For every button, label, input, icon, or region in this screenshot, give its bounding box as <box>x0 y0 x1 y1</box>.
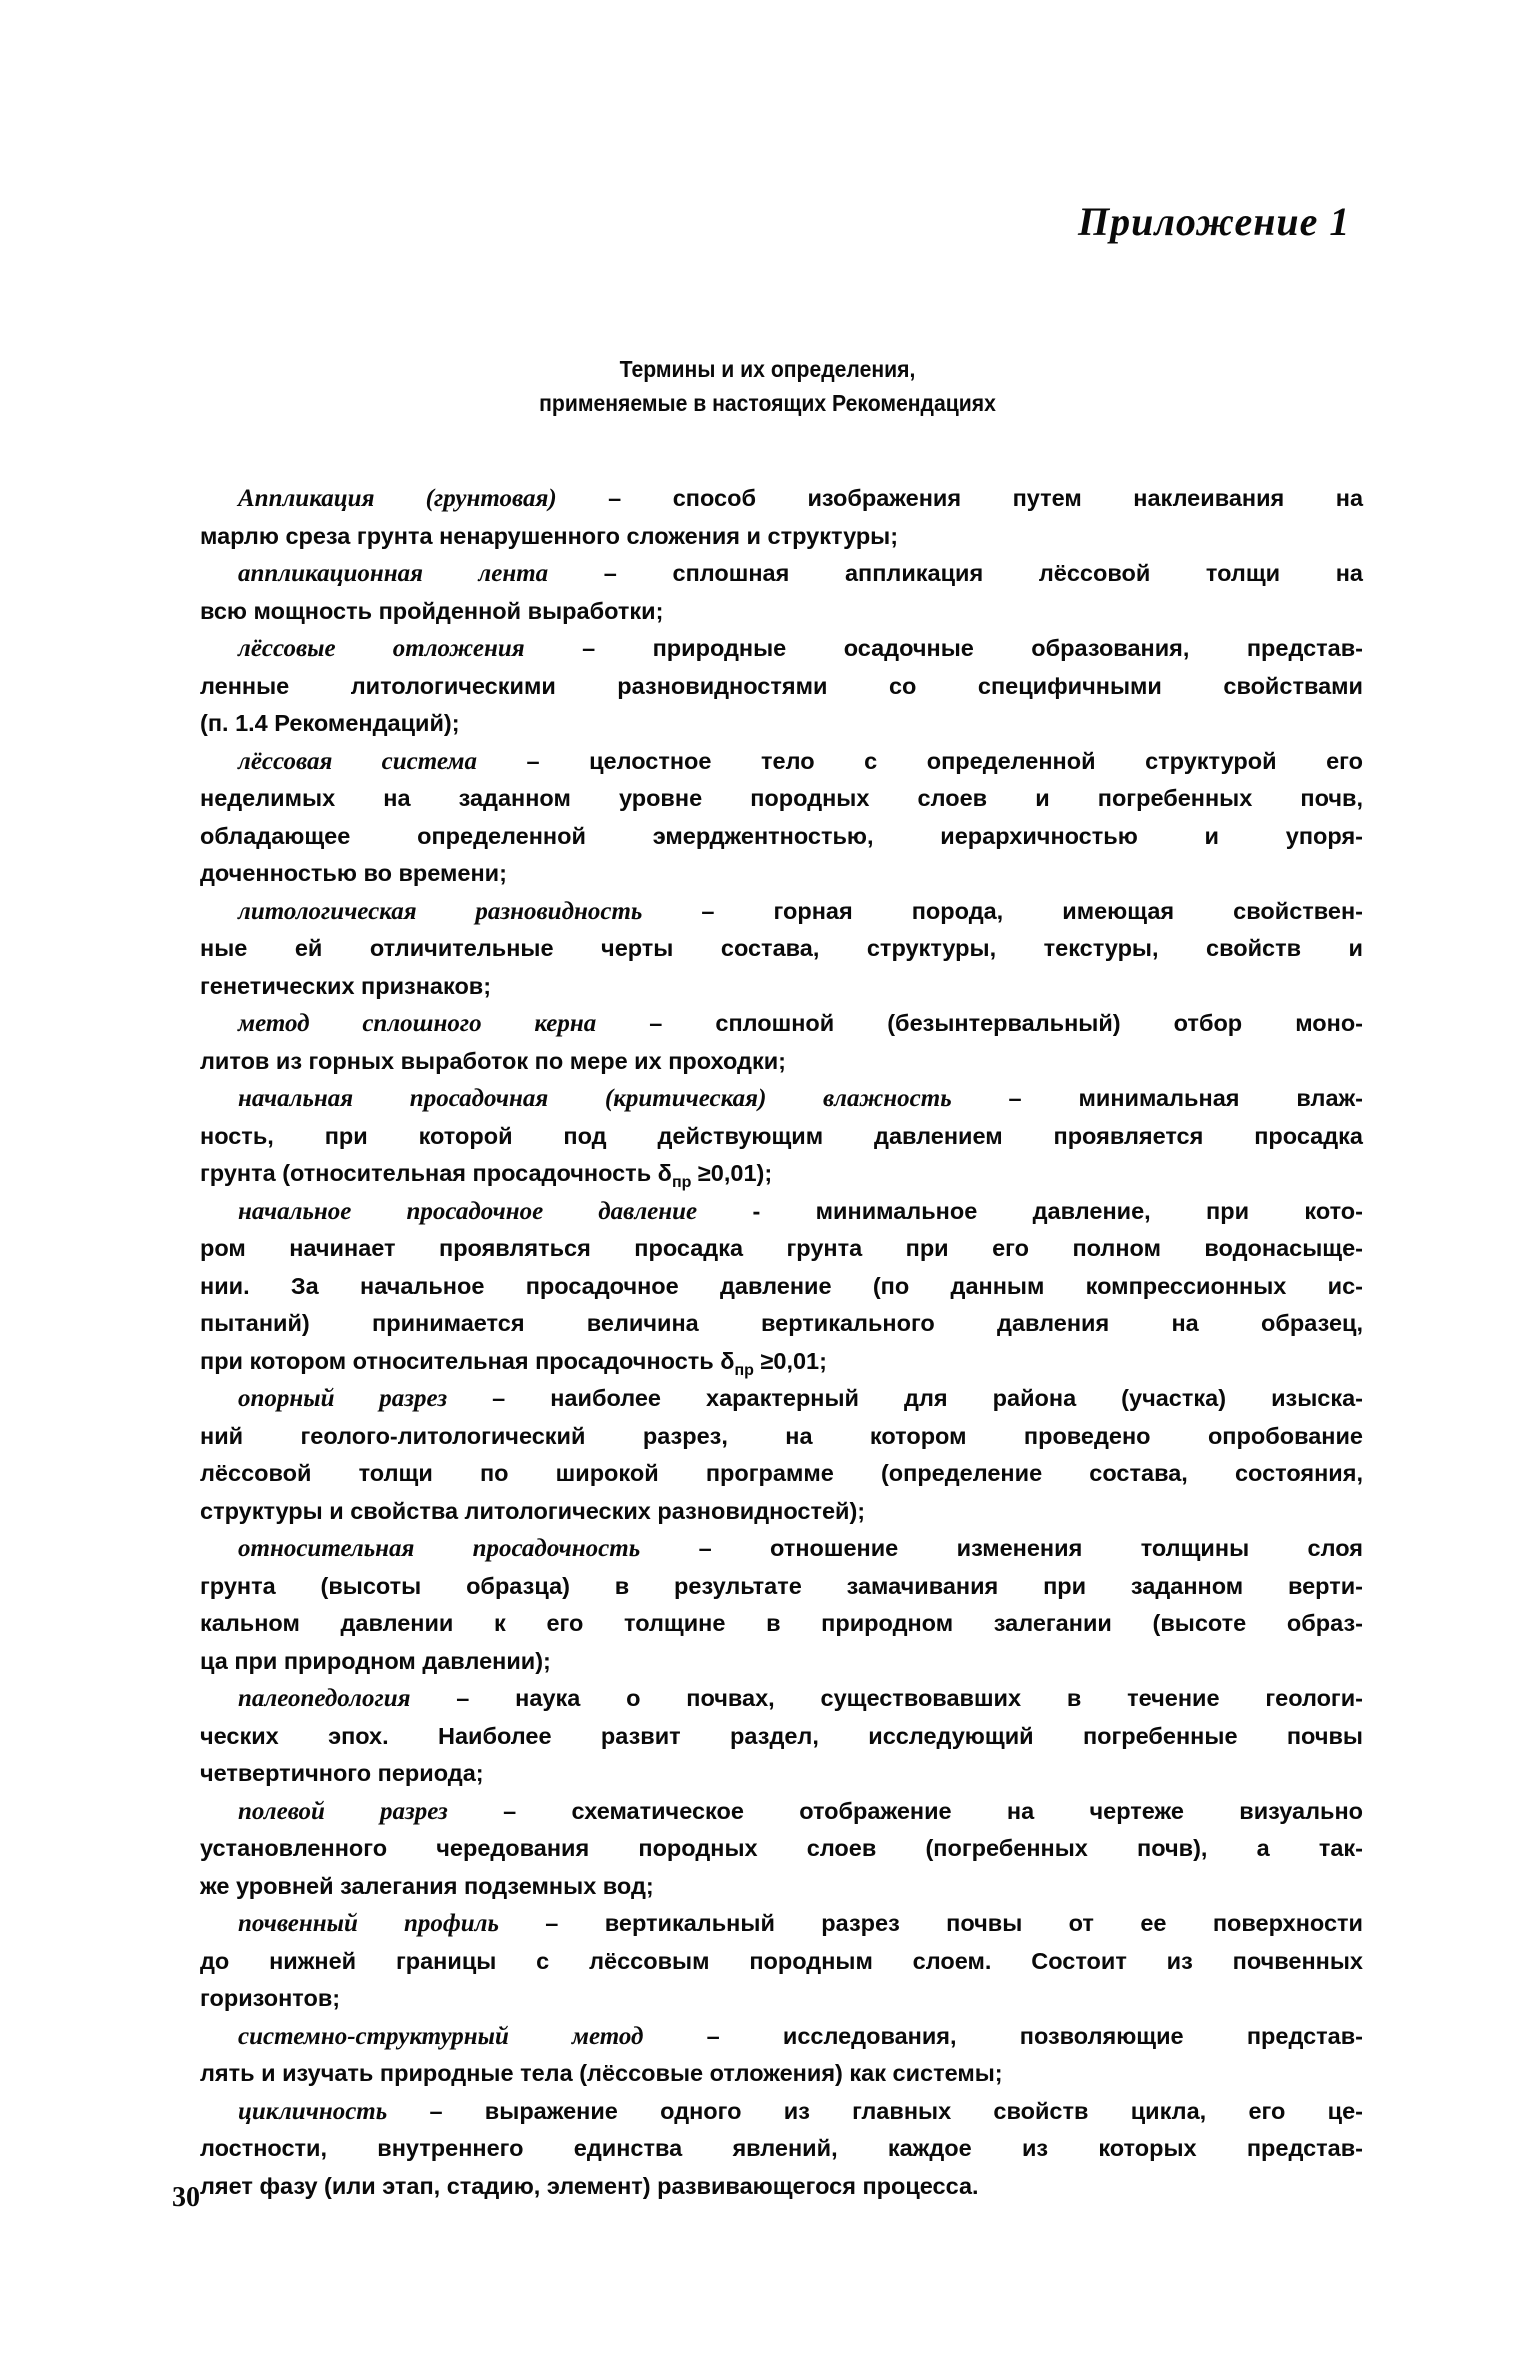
definition-line: же уровней залегания подземных вод; <box>200 1868 1363 1906</box>
definition-line: ца при природном давлении); <box>200 1643 1363 1681</box>
definition-text: – отношение изменения толщины слоя <box>640 1535 1363 1561</box>
title-line-1: Термины и их определения, <box>61 352 1473 386</box>
definition-line: метод сплошного керна – сплошной (безынт… <box>200 1005 1363 1043</box>
definition-line: ческих эпох. Наиболее развит раздел, исс… <box>200 1718 1363 1756</box>
definition-line: лёссовые отложения – природные осадочные… <box>200 630 1363 668</box>
definition-line: начальное просадочное давление - минимал… <box>200 1193 1363 1231</box>
definition-line: (п. 1.4 Рекомендаций); <box>200 705 1363 743</box>
definition-text: грунта (относительная просадочность δпр … <box>200 1160 772 1186</box>
definition-entry: почвенный профиль – вертикальный разрез … <box>200 1905 1363 2018</box>
definition-line: неделимых на заданном уровне породных сл… <box>200 780 1363 818</box>
definition-line: горизонтов; <box>200 1980 1363 2018</box>
definition-line: лять и изучать природные тела (лёссовые … <box>200 2055 1363 2093</box>
definition-text: ные ей отличительные черты состава, стру… <box>200 935 1363 961</box>
definition-line: пытаний) принимается величина вертикальн… <box>200 1305 1363 1343</box>
definition-text: ность, при которой под действующим давле… <box>200 1123 1363 1149</box>
definition-term: опорный разрез <box>238 1385 447 1412</box>
definition-text: – минимальная влаж- <box>952 1085 1363 1111</box>
definition-line: относительная просадочность – отношение … <box>200 1530 1363 1568</box>
definition-line: доченностью во времени; <box>200 855 1363 893</box>
definition-text: структуры и свойства литологических разн… <box>200 1498 865 1524</box>
definition-text: – исследования, позволяющие представ- <box>643 2023 1363 2049</box>
definition-text: лостности, внутреннего единства явлений,… <box>200 2135 1363 2161</box>
definition-text: лёссовой толщи по широкой программе (опр… <box>200 1460 1363 1486</box>
definition-text: всю мощность пройденной выработки; <box>200 598 663 624</box>
definition-text: – наука о почвах, существовавших в течен… <box>411 1685 1364 1711</box>
definition-line: литов из горных выработок по мере их про… <box>200 1043 1363 1081</box>
definition-text: – выражение одного из главных свойств ци… <box>387 2098 1363 2124</box>
definition-entry: Аппликация (грунтовая) – способ изображе… <box>200 480 1363 555</box>
definition-text: литов из горных выработок по мере их про… <box>200 1048 786 1074</box>
definition-text: ческих эпох. Наиболее развит раздел, исс… <box>200 1723 1363 1749</box>
title-line-2: применяемые в настоящих Рекомендациях <box>61 386 1473 420</box>
definition-line: лостности, внутреннего единства явлений,… <box>200 2130 1363 2168</box>
definition-text: до нижней границы с лёссовым породным сл… <box>200 1948 1363 1974</box>
definition-entry: лёссовая система – целостное тело с опре… <box>200 743 1363 893</box>
definition-text: нии. За начальное просадочное давление (… <box>200 1273 1363 1299</box>
definition-line: структуры и свойства литологических разн… <box>200 1493 1363 1531</box>
section-title: Термины и их определения, применяемые в … <box>61 352 1473 420</box>
definition-entry: системно-структурный метод – исследовани… <box>200 2018 1363 2093</box>
definition-line: ляет фазу (или этап, стадию, элемент) ра… <box>200 2168 1363 2206</box>
definition-line: ные ей отличительные черты состава, стру… <box>200 930 1363 968</box>
definition-entry: аппликационная лента – сплошная аппликац… <box>200 555 1363 630</box>
definition-text: – наиболее характерный для района (участ… <box>447 1385 1363 1411</box>
definition-line: установленного чередования породных слое… <box>200 1830 1363 1868</box>
definition-line: лёссовой толщи по широкой программе (опр… <box>200 1455 1363 1493</box>
definition-term: аппликационная лента <box>238 560 548 587</box>
definition-line: нии. За начальное просадочное давление (… <box>200 1268 1363 1306</box>
definition-term: начальная просадочная (критическая) влаж… <box>238 1085 952 1112</box>
definition-line: цикличность – выражение одного из главны… <box>200 2093 1363 2131</box>
definition-term: Аппликация (грунтовая) <box>238 485 557 512</box>
definition-term: полевой разрез <box>238 1798 448 1825</box>
definition-line: при котором относительная просадочность … <box>200 1343 1363 1381</box>
definition-line: ром начинает проявляться просадка грунта… <box>200 1230 1363 1268</box>
definition-term: метод сплошного керна <box>238 1010 596 1037</box>
definition-entry: опорный разрез – наиболее характерный дл… <box>200 1380 1363 1530</box>
definition-line: начальная просадочная (критическая) влаж… <box>200 1080 1363 1118</box>
definition-text: – горная порода, имеющая свойствен- <box>642 898 1363 924</box>
definition-line: ность, при которой под действующим давле… <box>200 1118 1363 1156</box>
definition-term: относительная просадочность <box>238 1535 640 1562</box>
page-number: 30 <box>172 2182 200 2214</box>
definition-line: литологическая разновидность – горная по… <box>200 893 1363 931</box>
definition-line: грунта (высоты образца) в результате зам… <box>200 1568 1363 1606</box>
definition-text: – вертикальный разрез почвы от ее поверх… <box>499 1910 1363 1936</box>
definition-text: пытаний) принимается величина вертикальн… <box>200 1310 1363 1336</box>
definition-line: генетических признаков; <box>200 968 1363 1006</box>
definition-text: – целостное тело с определенной структур… <box>477 748 1363 774</box>
definition-text: грунта (высоты образца) в результате зам… <box>200 1573 1363 1599</box>
definition-text: ний геолого-литологический разрез, на ко… <box>200 1423 1363 1449</box>
definition-line: кальном давлении к его толщине в природн… <box>200 1605 1363 1643</box>
definition-text: - минимальное давление, при кото- <box>697 1198 1363 1224</box>
definition-line: Аппликация (грунтовая) – способ изображе… <box>200 480 1363 518</box>
definition-text: – сплошной (безынтервальный) отбор моно- <box>596 1010 1363 1036</box>
definition-entry: литологическая разновидность – горная по… <box>200 893 1363 1006</box>
definition-line: марлю среза грунта ненарушенного сложени… <box>200 518 1363 556</box>
definition-text: же уровней залегания подземных вод; <box>200 1873 654 1899</box>
definition-entry: относительная просадочность – отношение … <box>200 1530 1363 1680</box>
definition-text: ленные литологическими разновидностями с… <box>200 673 1363 699</box>
definition-text: – сплошная аппликация лёссовой толщи на <box>548 560 1363 586</box>
definition-line: всю мощность пройденной выработки; <box>200 593 1363 631</box>
definition-text: генетических признаков; <box>200 973 491 999</box>
definition-line: аппликационная лента – сплошная аппликац… <box>200 555 1363 593</box>
definition-line: опорный разрез – наиболее характерный дл… <box>200 1380 1363 1418</box>
definition-line: грунта (относительная просадочность δпр … <box>200 1155 1363 1193</box>
definition-text: неделимых на заданном уровне породных сл… <box>200 785 1363 811</box>
definition-line: системно-структурный метод – исследовани… <box>200 2018 1363 2056</box>
definition-text: горизонтов; <box>200 1985 340 2011</box>
definition-text: – природные осадочные образования, предс… <box>525 635 1363 661</box>
definition-text: лять и изучать природные тела (лёссовые … <box>200 2060 1003 2086</box>
definition-term: цикличность <box>238 2098 387 2125</box>
definition-entry: лёссовые отложения – природные осадочные… <box>200 630 1363 743</box>
definition-entry: метод сплошного керна – сплошной (безынт… <box>200 1005 1363 1080</box>
definition-term: палеопедология <box>238 1685 411 1712</box>
definition-text: доченностью во времени; <box>200 860 507 886</box>
definition-text: – способ изображения путем наклеивания н… <box>557 485 1363 511</box>
appendix-label: Приложение 1 <box>1078 198 1350 245</box>
definition-text: четвертичного периода; <box>200 1760 484 1786</box>
definition-line: полевой разрез – схематическое отображен… <box>200 1793 1363 1831</box>
definition-line: лёссовая система – целостное тело с опре… <box>200 743 1363 781</box>
definition-line: до нижней границы с лёссовым породным сл… <box>200 1943 1363 1981</box>
definition-term: почвенный профиль <box>238 1910 499 1937</box>
definition-entry: цикличность – выражение одного из главны… <box>200 2093 1363 2206</box>
definition-line: ленные литологическими разновидностями с… <box>200 668 1363 706</box>
definition-text: марлю среза грунта ненарушенного сложени… <box>200 523 898 549</box>
definition-text: обладающее определенной эмерджентностью,… <box>200 823 1363 849</box>
definition-term: начальное просадочное давление <box>238 1198 697 1225</box>
definition-text: – схематическое отображение на чертеже в… <box>448 1798 1363 1824</box>
definition-line: палеопедология – наука о почвах, существ… <box>200 1680 1363 1718</box>
definition-term: лёссовые отложения <box>238 635 525 662</box>
definition-term: лёссовая система <box>238 748 477 775</box>
definition-entry: палеопедология – наука о почвах, существ… <box>200 1680 1363 1793</box>
definition-line: обладающее определенной эмерджентностью,… <box>200 818 1363 856</box>
definition-line: ний геолого-литологический разрез, на ко… <box>200 1418 1363 1456</box>
definition-text: кальном давлении к его толщине в природн… <box>200 1610 1363 1636</box>
definition-term: литологическая разновидность <box>238 898 642 925</box>
definition-text: ляет фазу (или этап, стадию, элемент) ра… <box>200 2173 979 2199</box>
definition-text: ца при природном давлении); <box>200 1648 551 1674</box>
definition-text: при котором относительная просадочность … <box>200 1348 827 1374</box>
definition-term: системно-структурный метод <box>238 2023 643 2050</box>
definition-text: ром начинает проявляться просадка грунта… <box>200 1235 1363 1261</box>
definition-line: почвенный профиль – вертикальный разрез … <box>200 1905 1363 1943</box>
definition-text: (п. 1.4 Рекомендаций); <box>200 710 460 736</box>
definition-text: установленного чередования породных слое… <box>200 1835 1363 1861</box>
definition-entry: начальное просадочное давление - минимал… <box>200 1193 1363 1381</box>
definition-entry: полевой разрез – схематическое отображен… <box>200 1793 1363 1906</box>
definition-line: четвертичного периода; <box>200 1755 1363 1793</box>
definition-entry: начальная просадочная (критическая) влаж… <box>200 1080 1363 1193</box>
definitions-list: Аппликация (грунтовая) – способ изображе… <box>200 480 1363 2205</box>
